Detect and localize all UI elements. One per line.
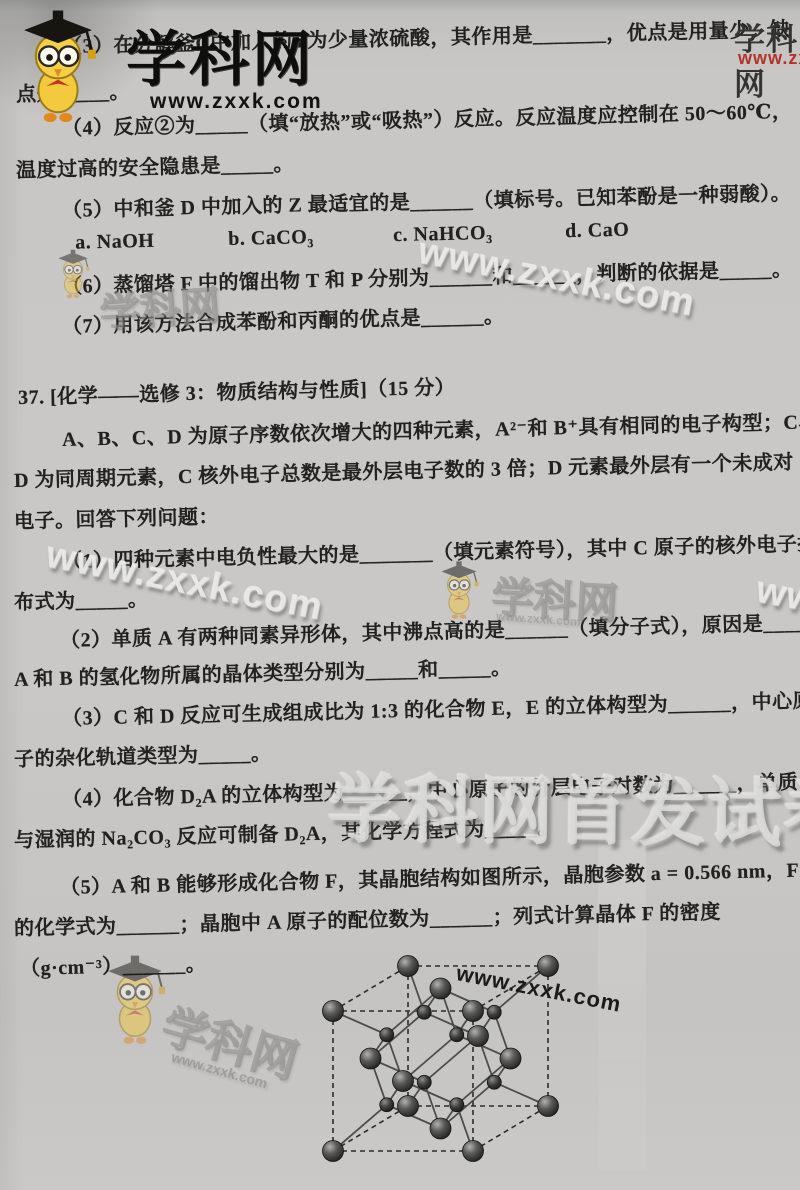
question-line: （5）中和釜 D 中加入的 Z 最适宜的是______（填标号。已知苯酚是一种弱… — [62, 177, 792, 223]
watermark-banner: 学科网首发试卷 — [327, 751, 800, 863]
zxxk-logo: 学科网 — [126, 12, 315, 98]
question-line: A、B、C、D 为原子序数依次增大的四种元素，A²⁻和 B⁺具有相同的电子构型；… — [62, 405, 800, 452]
question-line: 电子。回答下列问题： — [14, 500, 220, 534]
question-line: （2）单质 A 有两种同素异形体，其中沸点高的是______（填分子式），原因是… — [60, 605, 800, 653]
watermark-logo-text: 学科网 — [98, 274, 222, 339]
scanned-exam-page: { "logo": { "name": "学科网", "url": "www.z… — [0, 0, 800, 1190]
option-b: b. CaCO₃ — [228, 226, 314, 251]
zxxk-logo-url: www.zxxk.com — [150, 90, 323, 114]
owl-watermark-icon — [56, 246, 90, 300]
question-heading: 37. [化学——选修 3：物质结构与性质]（15 分） — [18, 371, 456, 410]
owl-watermark-icon — [104, 950, 166, 1046]
question-line: D 为同周期元素，C 核外电子总数是最外层电子数的 3 倍；D 元素最外层有一个… — [14, 446, 794, 493]
option-d: d. CaO — [565, 219, 630, 244]
owl-watermark-icon — [438, 558, 480, 620]
zxxk-corner-logo-url: www.zxxk.com — [738, 48, 800, 69]
question-line: （3）C 和 D 反应可生成组成比为 1:3 的化合物 E，E 的立体构型为__… — [62, 684, 800, 731]
question-line: 子的杂化轨道类型为_____。 — [14, 737, 272, 772]
question-line: 温度过高的安全隐患是_____。 — [16, 147, 295, 183]
owl-mascot-icon — [14, 4, 102, 124]
question-line: A 和 B 的氢化物所属的晶体类型分别为_____和_____。 — [14, 651, 512, 692]
